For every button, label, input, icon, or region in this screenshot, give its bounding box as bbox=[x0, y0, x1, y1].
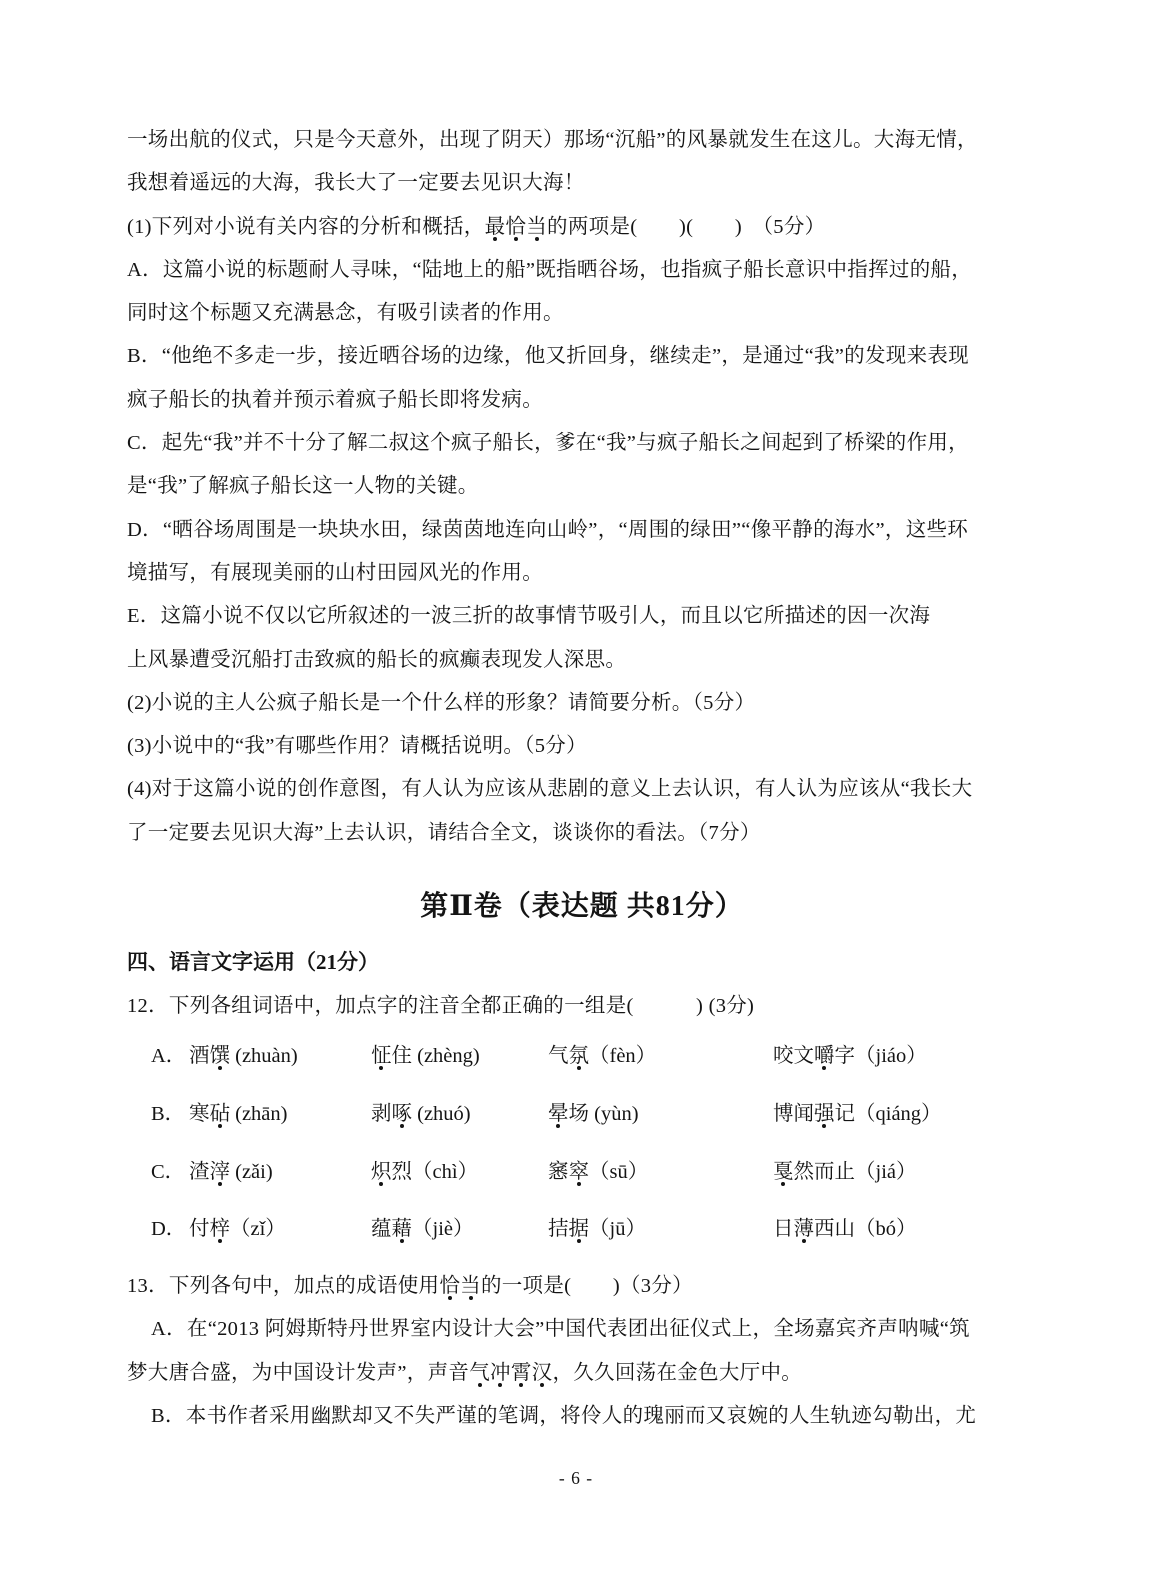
emphasized-char: 恰 bbox=[505, 209, 526, 239]
option-label: C． bbox=[151, 1144, 189, 1202]
text-line: C．起先“我”并不十分了解二叔这个疯子船长，爹在“我”与疯子船长之间起到了桥梁的… bbox=[127, 422, 1037, 465]
word-pinyin-cell: 日薄西山（bó） bbox=[773, 1201, 917, 1259]
word-pinyin-cell: 怔住 (zhèng) bbox=[371, 1028, 548, 1086]
emphasized-char: 薄 bbox=[794, 1211, 815, 1241]
word-pinyin-cell: 剥啄 (zhuó) bbox=[371, 1086, 548, 1144]
emphasized-char: 当 bbox=[460, 1268, 481, 1298]
word-pinyin-cell: 付梓（zǐ） bbox=[189, 1201, 371, 1259]
text-line: 同时这个标题又充满悬念，有吸引读者的作用。 bbox=[127, 292, 1037, 335]
word-pinyin-cell: 拮据（jū） bbox=[548, 1201, 773, 1259]
emphasized-char: 恰 bbox=[439, 1268, 460, 1298]
word-pinyin-cell: 戛然而止（jiá） bbox=[773, 1144, 917, 1202]
text-line: D．“晒谷场周围是一块块水田，绿茵茵地连向山岭”，“周围的绿田”“像平静的海水”… bbox=[127, 509, 1037, 552]
emphasized-char: 梓 bbox=[210, 1211, 231, 1241]
emphasized-char: 据 bbox=[569, 1211, 590, 1241]
emphasized-char: 藉 bbox=[392, 1211, 413, 1241]
emphasized-char: 晕 bbox=[548, 1096, 569, 1126]
emphasized-char: 最 bbox=[485, 209, 506, 239]
emphasized-char: 当 bbox=[526, 209, 547, 239]
word-pinyin-cell: 咬文嚼字（jiáo） bbox=[773, 1028, 927, 1086]
text-line: 境描写，有展现美丽的山村田园风光的作用。 bbox=[127, 552, 1037, 595]
word-pinyin-cell: 博闻强记（qiáng） bbox=[773, 1086, 942, 1144]
emphasized-char: 氛 bbox=[569, 1038, 590, 1068]
text-line: B．“他绝不多走一步，接近晒谷场的边缘，他又折回身，继续走”，是通过“我”的发现… bbox=[127, 335, 1037, 378]
word-pinyin-cell: 炽烈（chì） bbox=[371, 1144, 548, 1202]
word-pinyin-cell: 窸窣（sū） bbox=[548, 1144, 773, 1202]
emphasized-char: 馔 bbox=[210, 1038, 231, 1068]
document-body: 一场出航的仪式，只是今天意外，出现了阴天）那场“沉船”的风暴就发生在这儿。大海无… bbox=[127, 119, 1037, 1438]
text-line: (2)小说的主人公疯子船长是一个什么样的形象？请简要分析。（5分） bbox=[127, 682, 1037, 725]
text-line: A．这篇小说的标题耐人寻味，“陆地上的船”既指晒谷场，也指疯子船长意识中指挥过的… bbox=[127, 249, 1037, 292]
text-line: 了一定要去见识大海”上去认识，请结合全文，谈谈你的看法。（7分） bbox=[127, 812, 1037, 855]
emphasized-char: 砧 bbox=[210, 1096, 231, 1126]
text-line: E．这篇小说不仅以它所叙述的一波三折的故事情节吸引人，而且以它所描述的因一次海 bbox=[127, 595, 1037, 638]
word-pinyin-cell: 气氛（fèn） bbox=[548, 1028, 773, 1086]
emphasized-char: 霄 bbox=[511, 1355, 532, 1385]
emphasized-char: 气 bbox=[469, 1355, 490, 1385]
pinyin-option-row: A．酒馔 (zhuàn)怔住 (zhèng)气氛（fèn）咬文嚼字（jiáo） bbox=[127, 1028, 1037, 1086]
emphasized-char: 滓 bbox=[210, 1154, 231, 1184]
emphasized-char: 怔 bbox=[371, 1038, 392, 1068]
option-label: B． bbox=[151, 1086, 189, 1144]
text-line: 是“我”了解疯子船长这一人物的关键。 bbox=[127, 465, 1037, 508]
option-label: A． bbox=[151, 1028, 189, 1086]
text-line: (1)下列对小说有关内容的分析和概括，最恰当的两项是( )( ) （5分） bbox=[127, 206, 1037, 249]
text-line: (3)小说中的“我”有哪些作用？请概括说明。（5分） bbox=[127, 725, 1037, 768]
option-label: D． bbox=[151, 1201, 189, 1259]
text-line: 上风暴遭受沉船打击致疯的船长的疯癫表现发人深思。 bbox=[127, 639, 1037, 682]
text-line: (4)对于这篇小说的创作意图，有人认为应该从悲剧的意义上去认识，有人认为应该从“… bbox=[127, 768, 1037, 811]
text-line: B．本书作者采用幽默却又不失严谨的笔调，将伶人的瑰丽而又哀婉的人生轨迹勾勒出，尤 bbox=[127, 1395, 1037, 1438]
text-line: 12．下列各组词语中，加点字的注音全都正确的一组是( ) (3分) bbox=[127, 985, 1037, 1028]
text-line: 梦大唐合盛，为中国设计发声”，声音气冲霄汉，久久回荡在金色大厅中。 bbox=[127, 1352, 1037, 1395]
emphasized-char: 嚼 bbox=[814, 1038, 835, 1068]
emphasized-char: 强 bbox=[814, 1096, 835, 1126]
text-line: 疯子船长的执着并预示着疯子船长即将发病。 bbox=[127, 379, 1037, 422]
pinyin-option-row: D．付梓（zǐ）蕴藉（jiè）拮据（jū）日薄西山（bó） bbox=[127, 1201, 1037, 1259]
emphasized-char: 汉 bbox=[532, 1355, 553, 1385]
word-pinyin-cell: 酒馔 (zhuàn) bbox=[189, 1028, 371, 1086]
word-pinyin-cell: 晕场 (yùn) bbox=[548, 1086, 773, 1144]
text-line: 一场出航的仪式，只是今天意外，出现了阴天）那场“沉船”的风暴就发生在这儿。大海无… bbox=[127, 119, 1037, 162]
page-number: - 6 - bbox=[0, 1462, 1152, 1494]
emphasized-char: 戛 bbox=[773, 1154, 794, 1184]
pinyin-option-row: C．渣滓 (zǎi)炽烈（chì）窸窣（sū）戛然而止（jiá） bbox=[127, 1144, 1037, 1202]
text-line: 我想着遥远的大海，我长大了一定要去见识大海！ bbox=[127, 162, 1037, 205]
part2-heading: 第Ⅱ卷（表达题 共81分） bbox=[127, 879, 1037, 935]
word-pinyin-cell: 蕴藉（jiè） bbox=[371, 1201, 548, 1259]
text-line: 13．下列各句中，加点的成语使用恰当的一项是( )（3分） bbox=[127, 1265, 1037, 1308]
emphasized-char: 窣 bbox=[569, 1154, 590, 1184]
section-heading: 四、语言文字运用（21分） bbox=[127, 939, 1037, 985]
emphasized-char: 冲 bbox=[490, 1355, 511, 1385]
word-pinyin-cell: 寒砧 (zhān) bbox=[189, 1086, 371, 1144]
text-line: A．在“2013 阿姆斯特丹世界室内设计大会”中国代表团出征仪式上，全场嘉宾齐声… bbox=[127, 1308, 1037, 1351]
exam-document-page: 一场出航的仪式，只是今天意外，出现了阴天）那场“沉船”的风暴就发生在这儿。大海无… bbox=[0, 0, 1152, 1595]
pinyin-option-row: B．寒砧 (zhān)剥啄 (zhuó)晕场 (yùn)博闻强记（qiáng） bbox=[127, 1086, 1037, 1144]
word-pinyin-cell: 渣滓 (zǎi) bbox=[189, 1144, 371, 1202]
emphasized-char: 炽 bbox=[371, 1154, 392, 1184]
emphasized-char: 啄 bbox=[392, 1096, 413, 1126]
